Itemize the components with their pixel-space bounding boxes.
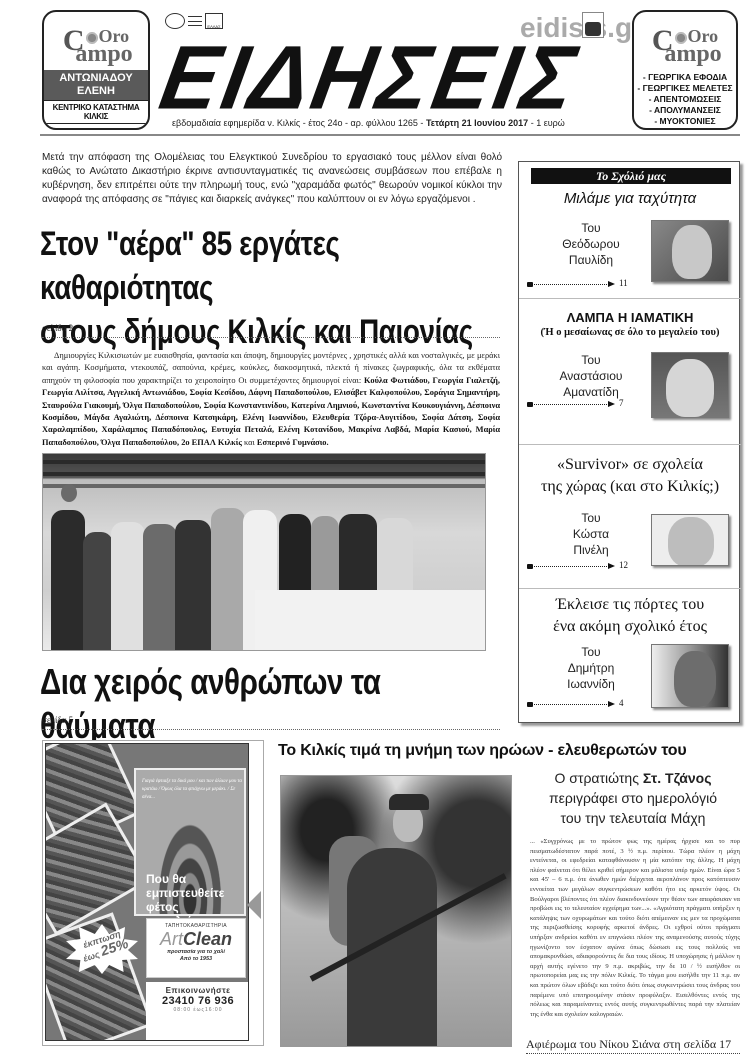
postal-stamps: ΕΛΛΑΣ — [165, 13, 223, 29]
brand-since: Από το 1953 — [147, 956, 245, 963]
logo-initial: C — [652, 26, 674, 56]
dotted-arrow-icon — [529, 704, 611, 705]
history-story-headline[interactable]: Το Κιλκίς τιμά τη μνήμη των ηρώων - ελευ… — [278, 741, 686, 761]
service-item: - ΑΠΕΝΤΟΜΩΣΕΙΣ — [634, 94, 736, 105]
sub-prefix: Ο στρατιώτης — [555, 770, 639, 786]
ad-artwork: Γιαγιά έφτιαξε τα δικά μου / και των άλλ… — [45, 743, 249, 1041]
dotted-divider — [42, 337, 500, 338]
store-name: ΚΕΝΤΡΙΚΟ ΚΑΤΑΣΤΗΜΑ ΚΙΛΚΙΣ — [44, 100, 148, 123]
column-page-number: 11 — [619, 278, 628, 288]
postmark-lines-icon — [188, 16, 202, 26]
owner-band: ΑΝΤΩΝΙΑΔΟΥ ΕΛΕΝΗ — [44, 70, 148, 100]
craft-story-page-ref[interactable]: σελίδα 5 — [42, 715, 73, 725]
sub-line: περιγράφει στο ημερολόγιό — [520, 788, 746, 808]
dotted-arrow-icon — [529, 566, 611, 567]
column-divider — [519, 298, 741, 299]
contact-hours: 08:00 έως16:00 — [146, 1007, 249, 1013]
dotted-arrow-icon — [529, 404, 611, 405]
owner-firstname: ΕΛΕΝΗ — [44, 85, 148, 98]
ad-contact: Επικοινωνήστε 23410 76 936 08:00 έως16:0… — [146, 982, 249, 1040]
author-last: Ιωαννίδη — [541, 676, 641, 692]
newspaper-title: ΕΙΔΗΣΕΙΣ — [154, 34, 630, 122]
editorial-sidebar: Το Σχόλιό μας Μιλάμε για ταχύτητα Του Θε… — [518, 161, 740, 723]
oro-campo-logo: COro ampo — [44, 18, 148, 66]
oro-campo-right-ad[interactable]: COro ampo - ΓΕΩΡΓΙΚΑ ΕΦΟΔΙΑ - ΓΕΩΡΓΙΚΕΣ … — [632, 10, 738, 130]
column-title: της χώρας (και στο Κιλκίς;) — [519, 476, 741, 498]
craft-last-participant: Εσπερινό Γυμνάσιο. — [257, 438, 329, 447]
issue-date: Τετάρτη 21 Ιουνίου 2017 — [426, 118, 528, 128]
history-story-subheadline: Ο στρατιώτης Στ. Τζάνος περιγράφει στο η… — [520, 768, 746, 828]
issue-price: - 1 ευρώ — [531, 118, 565, 128]
opinion-column[interactable]: Μιλάμε για ταχύτητα Του Θεόδωρου Παυλίδη… — [519, 190, 741, 322]
masthead-divider — [40, 134, 740, 136]
owner-surname: ΑΝΤΩΝΙΑΔΟΥ — [44, 72, 148, 85]
diary-excerpt: ... «Συγχρόνως με το πρώτον φως της ημέρ… — [530, 837, 740, 1019]
slogan-line: φέτος — [146, 900, 246, 914]
service-item: - ΓΕΩΡΓΙΚΕΣ ΜΕΛΕΤΕΣ — [634, 83, 736, 94]
brand-tagline: προστασία για το χαλί — [147, 949, 245, 956]
column-title: Μιλάμε για ταχύτητα — [519, 190, 741, 207]
column-author: Του Δημήτρη Ιωαννίδη — [541, 644, 641, 692]
column-title: ένα ακόμη σχολικό έτος — [519, 616, 741, 638]
author-first: Αναστάσιου — [541, 368, 641, 384]
postmark-icon — [165, 13, 185, 29]
brand-part1: Art — [160, 929, 183, 949]
services-list: - ΓΕΩΡΓΙΚΑ ΕΦΟΔΙΑ - ΓΕΩΡΓΙΚΕΣ ΜΕΛΕΤΕΣ - … — [634, 72, 736, 127]
ad-poem: Γιαγιά έφτιαξε τα δικά μου / και των άλλ… — [142, 778, 242, 802]
column-author: Του Θεόδωρου Παυλίδη — [541, 220, 641, 268]
headline-line: στους δήμους Κιλκίς και Παιονίας — [40, 310, 507, 354]
lead-story-headline[interactable]: Στον "αέρα" 85 εργάτες καθαριότητας στου… — [40, 222, 507, 354]
oro-campo-left-ad[interactable]: COro ampo ΑΝΤΩΝΙΑΔΟΥ ΕΛΕΝΗ ΚΕΝΤΡΙΚΟ ΚΑΤΑ… — [42, 10, 150, 130]
column-author: Του Αναστάσιου Αμανατίδη — [541, 352, 641, 400]
author-first: Κώστα — [541, 526, 641, 542]
author-prefix: Του — [541, 510, 641, 526]
craft-story-headline[interactable]: Δια χειρός ανθρώπων τα θαύματα — [40, 660, 499, 748]
column-title: «Survivor» σε σχολεία — [519, 454, 741, 476]
conjunction: και — [244, 438, 255, 447]
brand-logo: ArtClean — [147, 929, 245, 949]
craft-story-body: Δημιουργίες Κιλκισιωτών με ευαισθησία, φ… — [42, 350, 500, 449]
column-author: Του Κώστα Πινέλη — [541, 510, 641, 558]
column-subtitle: (Ή ο μεσαίωνας σε όλο το μεγαλείο του) — [519, 327, 741, 338]
author-first: Θεόδωρου — [541, 236, 641, 252]
author-last: Παυλίδη — [541, 252, 641, 268]
author-prefix: Του — [541, 644, 641, 660]
hellas-stamp-icon: ΕΛΛΑΣ — [205, 13, 223, 29]
author-last: Πινέλη — [541, 542, 641, 558]
author-portrait — [651, 644, 729, 708]
author-prefix: Του — [541, 220, 641, 236]
arrow-left-icon — [247, 891, 261, 919]
contact-label: Επικοινωνήστε — [146, 986, 249, 995]
column-page-number: 7 — [619, 398, 624, 408]
author-prefix: Του — [541, 352, 641, 368]
lead-story-page-ref[interactable]: σελίδα 2 — [42, 323, 73, 333]
issue-meta: εβδομαδιαία εφημερίδα ν. Κιλκίς - έτος 2… — [172, 118, 423, 128]
service-item: - ΓΕΩΡΓΙΚΑ ΕΦΟΔΙΑ — [634, 72, 736, 83]
column-divider — [519, 444, 741, 445]
artclean-brand: ΤΑΠΗΤΟΚΑΘΑΡΙΣΤΗΡΙΑ ArtClean προστασία γι… — [146, 918, 246, 978]
headline-line: Στον "αέρα" 85 εργάτες καθαριότητας — [40, 222, 507, 310]
lead-story-lede: Μετά την απόφαση της Ολομέλειας του Ελεγ… — [42, 151, 502, 207]
column-title: ΛΑΜΠΑ Η ΙΑΜΑΤΙΚΗ — [519, 310, 741, 325]
author-portrait — [651, 352, 729, 418]
dotted-divider — [42, 729, 500, 730]
craft-participants: Κούλα Φωτιάδου, Γεωργία Γιαλετζή, Γεωργί… — [42, 376, 500, 447]
service-item: - ΑΠΟΛΥΜΑΝΣΕΙΣ — [634, 105, 736, 116]
soldier-photo — [280, 775, 512, 1047]
service-item: - ΜΥΟΚΤΟΝΙΕΣ — [634, 116, 736, 127]
column-title: Έκλεισε τις πόρτες του — [519, 594, 741, 616]
opinion-column[interactable]: ΛΑΜΠΑ Η ΙΑΜΑΤΙΚΗ (Ή ο μεσαίωνας σε όλο τ… — [519, 310, 741, 440]
author-last: Αμανατίδη — [541, 384, 641, 400]
opinion-column[interactable]: Έκλεισε τις πόρτες του ένα ακόμη σχολικό… — [519, 594, 741, 722]
slogan-line: εμπιστευθείτε — [146, 886, 246, 900]
soldier-name: Στ. Τζάνος — [643, 770, 712, 786]
author-portrait — [651, 220, 729, 282]
exhibition-group-photo — [42, 453, 486, 651]
author-portrait — [651, 514, 729, 566]
brand-part2: Clean — [183, 929, 232, 949]
opinion-column[interactable]: «Survivor» σε σχολεία της χώρας (και στο… — [519, 454, 741, 584]
issue-info: εβδομαδιαία εφημερίδα ν. Κιλκίς - έτος 2… — [172, 118, 565, 128]
column-page-number: 12 — [619, 560, 628, 570]
member-badge-icon — [582, 12, 604, 38]
sidebar-header: Το Σχόλιό μας — [531, 168, 731, 184]
artclean-ad[interactable]: Γιαγιά έφτιαξε τα δικά μου / και των άλλ… — [42, 740, 264, 1046]
slogan-line: Που θα — [146, 872, 246, 886]
oro-campo-logo: COro ampo — [634, 18, 736, 66]
store-phones: Τ. 23410 27 288 κ. 6973 769 125 — [44, 123, 148, 130]
dotted-arrow-icon — [529, 284, 611, 285]
contact-phone[interactable]: 23410 76 936 — [146, 995, 249, 1007]
column-page-number: 4 — [619, 698, 624, 708]
author-first: Δημήτρη — [541, 660, 641, 676]
history-story-page-ref[interactable]: Αφιέρωμα του Νίκου Σιάνα στη σελίδα 17 — [526, 1037, 740, 1054]
logo-initial: C — [63, 26, 85, 56]
column-divider — [519, 588, 741, 589]
sub-line: του την τελευταία Μάχη — [520, 808, 746, 828]
